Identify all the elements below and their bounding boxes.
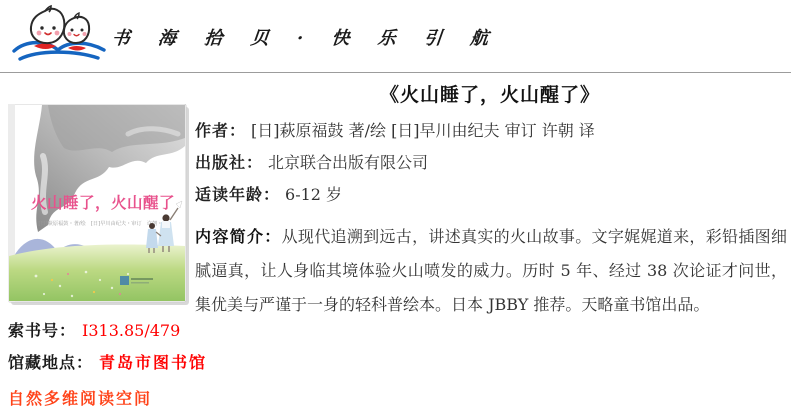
pearl-mascots-on-waves-icon — [8, 2, 112, 68]
library-book-intro-page: 书 海 拾 贝 · 快 乐 引 航 — [0, 0, 791, 420]
field-publisher: 出版社：北京联合出版有限公司 — [195, 152, 428, 174]
location-label: 馆藏地点： — [8, 353, 93, 372]
book-title: 《火山睡了，火山醒了》 — [195, 80, 785, 107]
book-cover-illustration: 火山睡了，火山醒了 [日]萩原福鼓・著/绘 [日]早川由纪夫・审订 许朝・译 — [8, 104, 190, 306]
grass-field-illustration — [9, 244, 185, 301]
field-author-value: [日]萩原福鼓 著/绘 [日]早川由纪夫 审订 许朝 译 — [251, 121, 595, 140]
field-reading-age-label: 适读年龄： — [195, 185, 280, 204]
call-number-label: 索书号： — [8, 321, 76, 340]
field-reading-age: 适读年龄：6-12 岁 — [195, 184, 342, 206]
location-line: 馆藏地点：青岛市图书馆 — [8, 352, 207, 374]
field-publisher-label: 出版社： — [195, 153, 263, 172]
field-publisher-value: 北京联合出版有限公司 — [268, 153, 428, 172]
call-number-line: 索书号：I313.85/479 — [8, 320, 180, 342]
field-reading-age-value: 6-12 岁 — [285, 185, 342, 204]
cover-credits: [日]萩原福鼓・著/绘 [日]早川由纪夫・审订 许朝・译 — [38, 219, 168, 227]
cover-title: 火山睡了，火山醒了 — [31, 193, 175, 213]
wave-icon — [14, 43, 104, 59]
pearl-mascot-small — [64, 13, 89, 43]
field-synopsis-value: 从现代追溯到远古，讲述真实的火山故事。文字娓娓道来，彩铅插图细腻逼真，让人身临其… — [195, 227, 787, 314]
field-author: 作者：[日]萩原福鼓 著/绘 [日]早川由纪夫 审订 许朝 译 — [195, 120, 595, 142]
field-synopsis: 内容简介：从现代追溯到远古，讲述真实的火山故事。文字娓娓道来，彩铅插图细腻逼真，… — [195, 220, 787, 322]
field-author-label: 作者： — [195, 121, 246, 140]
reading-space-line: 自然多维阅读空间 — [8, 388, 152, 410]
call-number-value: I313.85/479 — [82, 321, 180, 340]
library-mascot-logo — [8, 2, 112, 68]
field-synopsis-label: 内容简介： — [195, 227, 282, 246]
pearl-mascot-big — [31, 6, 64, 43]
book-cover: 火山睡了，火山醒了 [日]萩原福鼓・著/绘 [日]早川由纪夫・审订 许朝・译 — [8, 104, 190, 306]
header-slogan: 书 海 拾 贝 · 快 乐 引 航 — [111, 24, 534, 50]
header-divider — [0, 72, 791, 73]
location-value: 青岛市图书馆 — [99, 353, 207, 372]
